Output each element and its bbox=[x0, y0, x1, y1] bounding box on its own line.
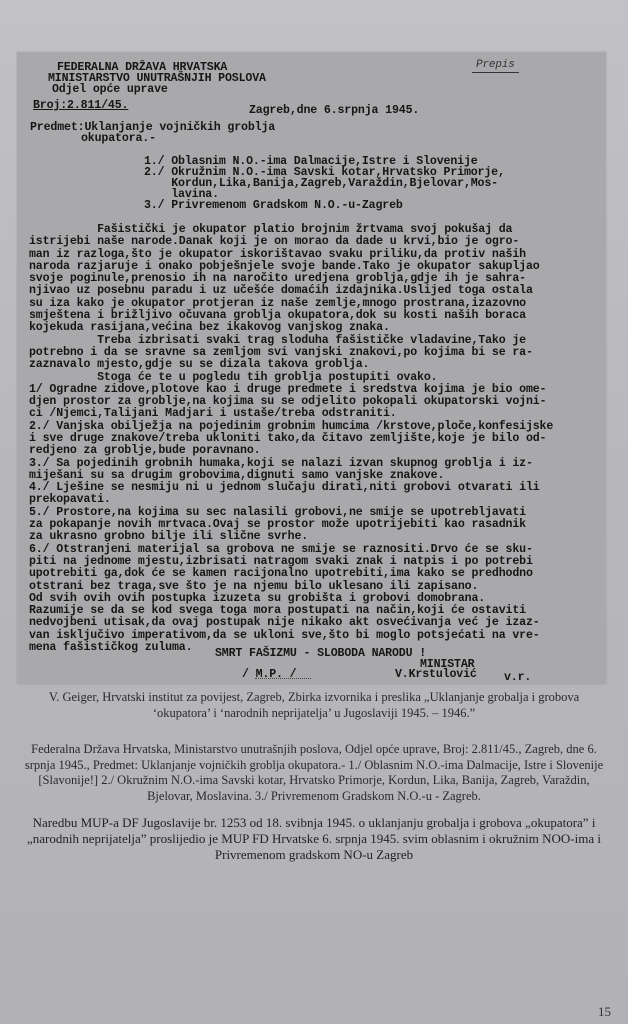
note-caption-text: Naredbu MUP-a DF Jugoslavije br. 1253 od… bbox=[20, 815, 608, 863]
body-line: mena fašističkog zuluma. bbox=[29, 642, 192, 654]
header-line-3: Odjel opće uprave bbox=[52, 84, 168, 96]
signatory-name: V.Krstulović bbox=[395, 669, 477, 681]
source-caption-text: V. Geiger, Hrvatski institut za povijest… bbox=[20, 690, 608, 721]
body-line: prekopavati. bbox=[29, 494, 111, 506]
recipient-line: 3./ Privremenom Gradskom N.O.-u-Zagreb bbox=[144, 200, 403, 212]
transcription-caption-text: Federalna Država Hrvatska, Ministarstvo … bbox=[20, 742, 608, 804]
note-caption: Naredbu MUP-a DF Jugoslavije br. 1253 od… bbox=[20, 815, 608, 863]
page-number: 15 bbox=[598, 1004, 611, 1020]
place-date: Zagreb,dne 6.srpnja 1945. bbox=[249, 105, 419, 117]
seal-mark: / M.P. / bbox=[242, 669, 296, 681]
transcription-caption: Federalna Država Hrvatska, Ministarstvo … bbox=[20, 742, 608, 804]
body-line: upotrebiti ga,dok će se kamen racijonaln… bbox=[29, 568, 533, 580]
body-line: kojekuda rasijana,većina bez ikakovog va… bbox=[29, 322, 390, 334]
slogan: SMRT FAŠIZMU - SLOBODA NARODU ! bbox=[215, 648, 426, 660]
subject-line-2: okupatora.- bbox=[81, 133, 156, 145]
body-line: zaznavalo mjesto,gdje su se dizala takov… bbox=[29, 359, 369, 371]
reference-number: Broj:2.811/45. bbox=[33, 100, 128, 112]
body-line: ci /Njemci,Talijani Madjari i ustaše/tre… bbox=[29, 408, 397, 420]
copy-stamp: Prepis bbox=[472, 59, 519, 73]
source-caption: V. Geiger, Hrvatski institut za povijest… bbox=[20, 690, 608, 721]
body-line: nedvojbeni utisak,da ovaj postupak nije … bbox=[29, 617, 540, 629]
body-line: njivao uz posebnu paradu i uz učešće dom… bbox=[29, 285, 533, 297]
signature-vr: v.r. bbox=[504, 672, 531, 684]
body-line: redjeno za groblje,bude poravnano. bbox=[29, 445, 260, 457]
body-line: za ukrasno grobno bilje ili slične svrhe… bbox=[29, 531, 308, 543]
dotted-line bbox=[255, 678, 311, 679]
scanned-document: Prepis FEDERALNA DRŽAVA HRVATSKA MINISTA… bbox=[17, 52, 606, 684]
body-line: istrijebi naše narode.Danak koji je on m… bbox=[29, 236, 519, 248]
